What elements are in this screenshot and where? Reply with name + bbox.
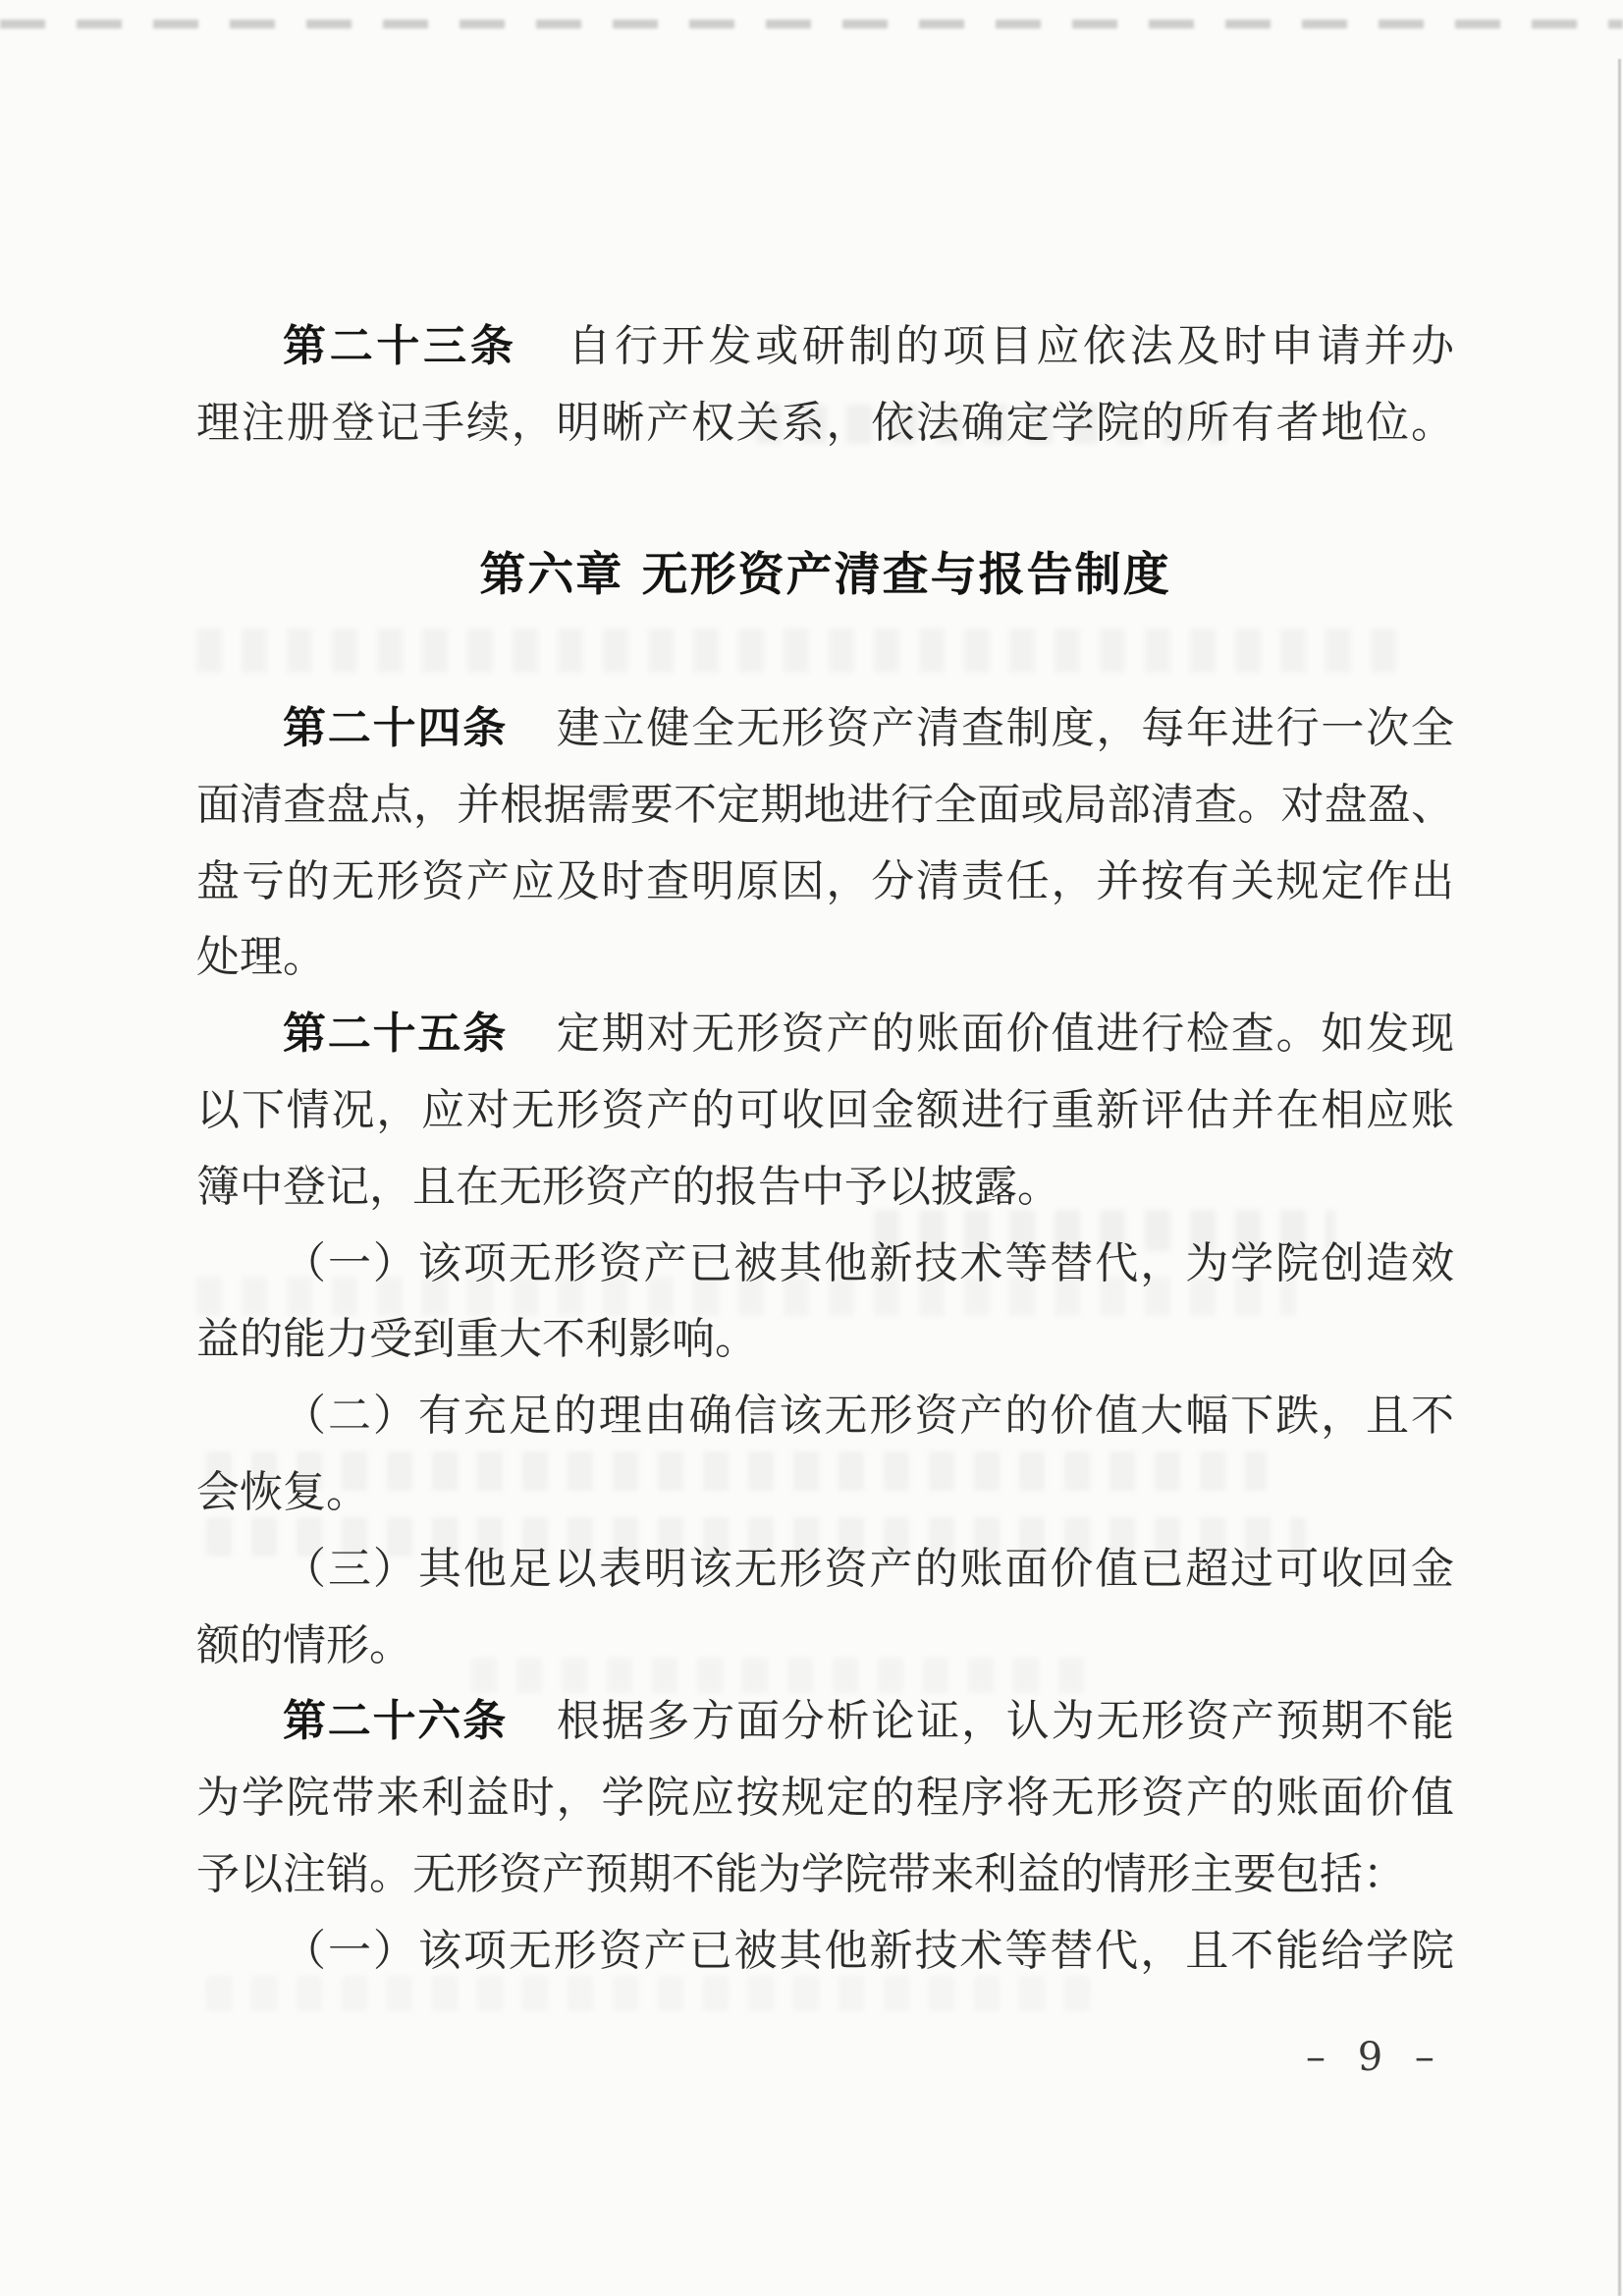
- article-25-text-start: 定期对无形资产的账面价值进行检查。如发现: [555, 1009, 1454, 1059]
- article-25-line-2: 以下情况，应对无形资产的可收回金额进行重新评估并在相应账: [196, 1072, 1454, 1149]
- article-26-line-1: 第二十六条根据多方面分析论证，认为无形资产预期不能: [196, 1683, 1454, 1760]
- article-23-text-start: 自行开发或研制的项目应依法及时申请并办: [565, 321, 1454, 371]
- article-26-number: 第二十六条: [283, 1696, 508, 1746]
- article-26-text-start: 根据多方面分析论证，认为无形资产预期不能: [555, 1696, 1454, 1746]
- article-23-line-2: 理注册登记手续，明晰产权关系，依法确定学院的所有者地位。: [196, 385, 1454, 462]
- page-number: – 9 –: [1306, 2035, 1444, 2080]
- article-25-item-2-line-1: （二）有充足的理由确信该无形资产的价值大幅下跌，且不: [196, 1378, 1454, 1454]
- scan-edge-artifact-right: [1618, 59, 1621, 2296]
- blank-line: [196, 462, 1454, 538]
- article-24-text-start: 建立健全无形资产清查制度，每年进行一次全: [555, 703, 1454, 753]
- article-24-line-4: 处理。: [196, 919, 1454, 996]
- article-25-line-3: 簿中登记，且在无形资产的报告中予以披露。: [196, 1149, 1454, 1226]
- article-25-number: 第二十五条: [283, 1009, 508, 1059]
- chapter-6-heading: 第六章 无形资产清查与报告制度: [196, 537, 1454, 614]
- scanned-document-page: 第二十三条自行开发或研制的项目应依法及时申请并办 理注册登记手续，明晰产权关系，…: [0, 0, 1623, 2296]
- document-body: 第二十三条自行开发或研制的项目应依法及时申请并办 理注册登记手续，明晰产权关系，…: [196, 308, 1454, 1990]
- article-23-line-1: 第二十三条自行开发或研制的项目应依法及时申请并办: [196, 308, 1454, 385]
- article-23-number: 第二十三条: [283, 321, 517, 371]
- article-24-line-1: 第二十四条建立健全无形资产清查制度，每年进行一次全: [196, 690, 1454, 767]
- article-24-line-2: 面清查盘点，并根据需要不定期地进行全面或局部清查。对盘盈、: [196, 767, 1454, 844]
- blank-line: [196, 614, 1454, 690]
- article-25-item-1-line-1: （一）该项无形资产已被其他新技术等替代，为学院创造效: [196, 1226, 1454, 1302]
- article-25-line-1: 第二十五条定期对无形资产的账面价值进行检查。如发现: [196, 996, 1454, 1072]
- article-25-item-2-line-2: 会恢复。: [196, 1454, 1454, 1531]
- article-24-number: 第二十四条: [283, 703, 508, 753]
- article-25-item-3-line-1: （三）其他足以表明该无形资产的账面价值已超过可收回金: [196, 1531, 1454, 1608]
- article-25-item-1-line-2: 益的能力受到重大不利影响。: [196, 1301, 1454, 1378]
- scan-edge-artifact-top: [0, 20, 1623, 28]
- article-26-line-2: 为学院带来利益时，学院应按规定的程序将无形资产的账面价值: [196, 1760, 1454, 1836]
- article-25-item-3-line-2: 额的情形。: [196, 1608, 1454, 1684]
- article-24-line-3: 盘亏的无形资产应及时查明原因，分清责任，并按有关规定作出: [196, 844, 1454, 920]
- article-26-item-1-line-1: （一）该项无形资产已被其他新技术等替代，且不能给学院: [196, 1913, 1454, 1990]
- article-26-line-3: 予以注销。无形资产预期不能为学院带来利益的情形主要包括：: [196, 1836, 1454, 1913]
